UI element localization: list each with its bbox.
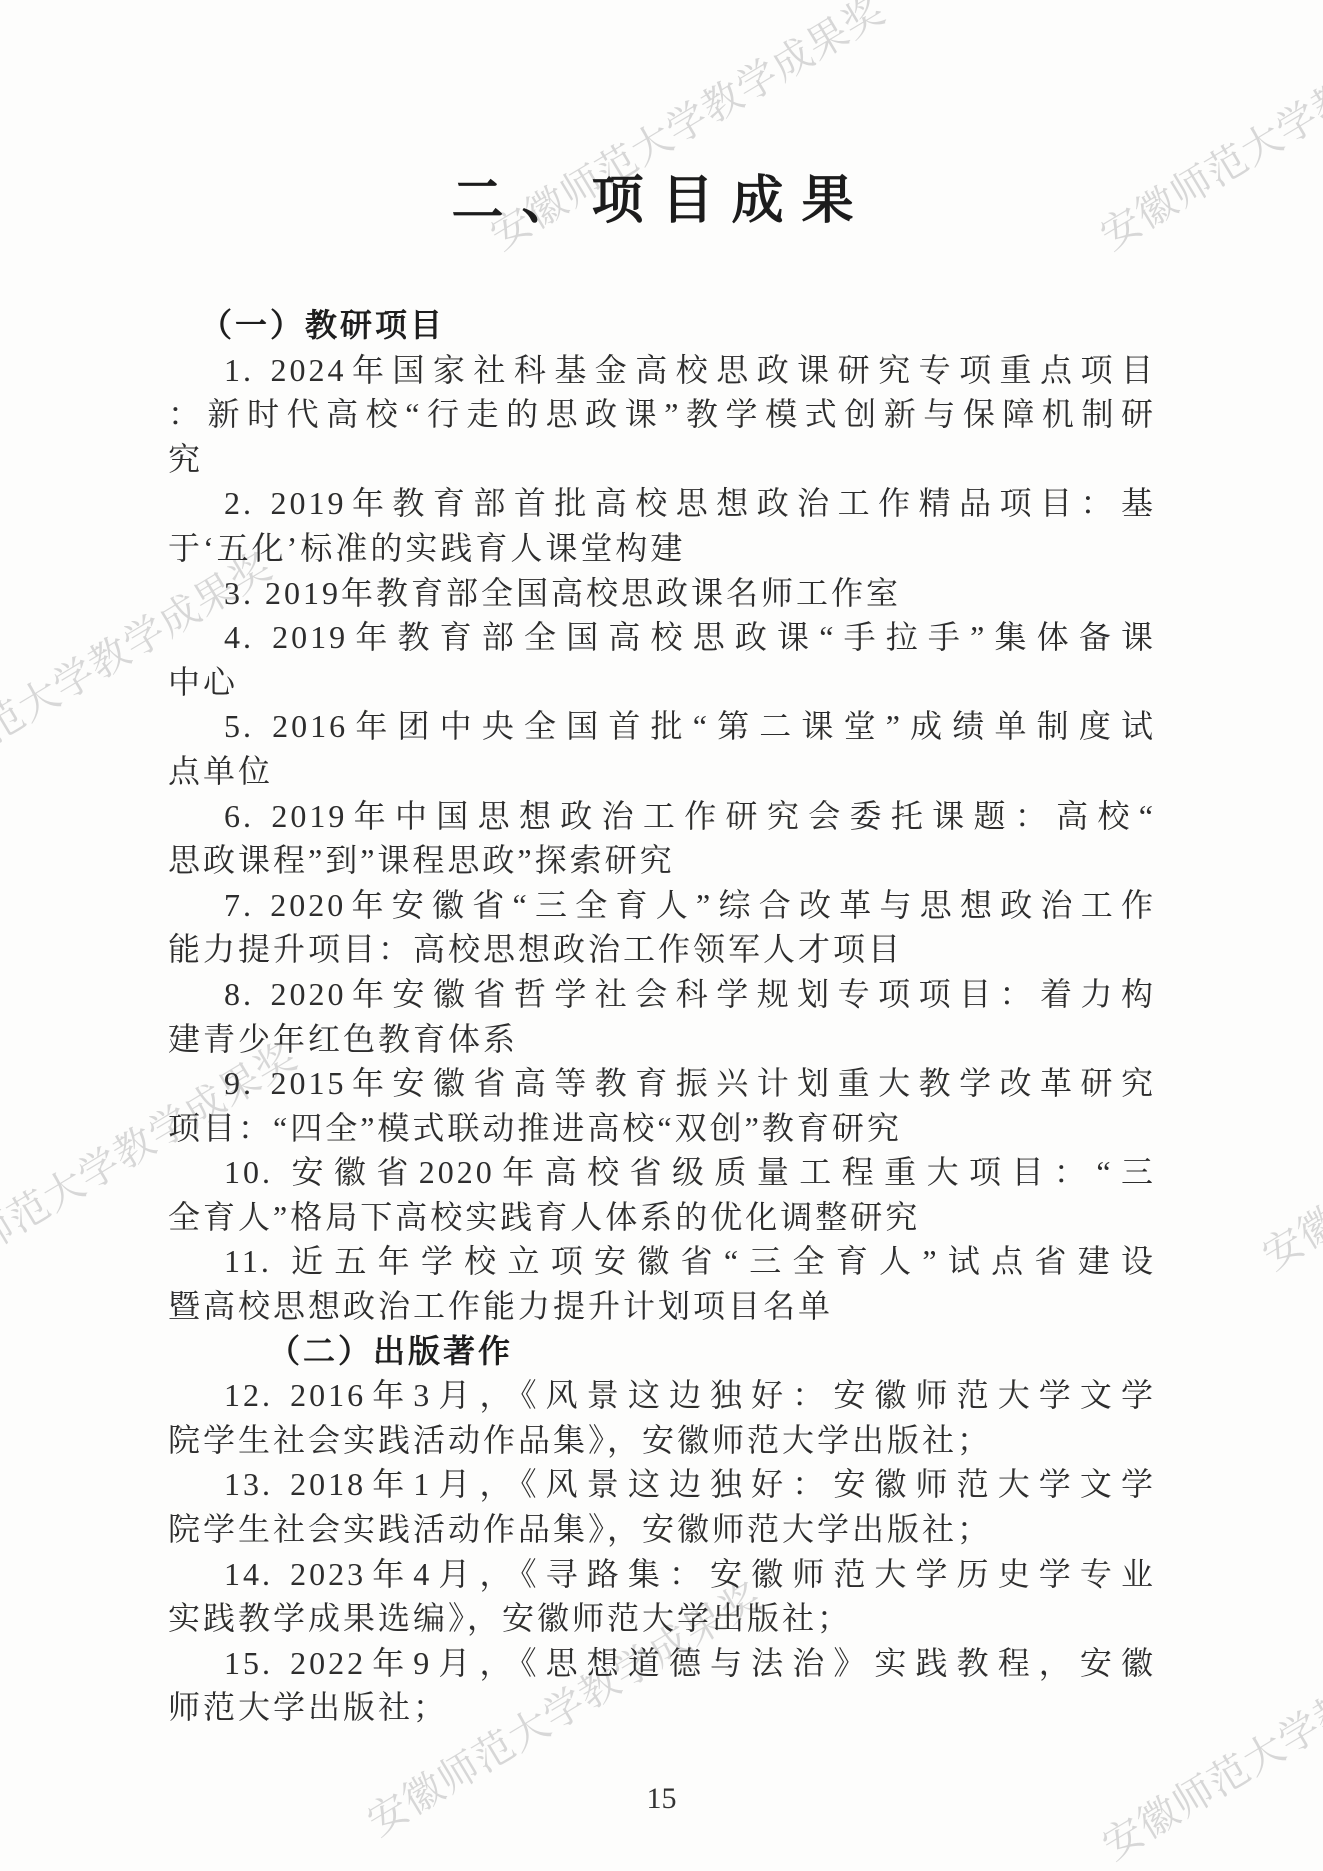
text-line: 2. 2019年教育部首批高校思想政治工作精品项目：基 (168, 481, 1156, 526)
text-line: （二）出版著作 (168, 1329, 1156, 1374)
text-line: 4. 2019年教育部全国高校思政课“手拉手”集体备课 (168, 615, 1156, 660)
text-line: 6. 2019年中国思想政治工作研究会委托课题：高校“ (168, 794, 1156, 839)
text-line: 点单位 (168, 749, 1156, 794)
text-line: 院学生社会实践活动作品集》，安徽师范大学出版社； (168, 1507, 1156, 1552)
text-line: 师范大学出版社； (168, 1685, 1156, 1730)
text-line: 13. 2018年1月，《风景这边独好：安徽师范大学文学 (168, 1462, 1156, 1507)
page-title: 二、项目成果 (0, 158, 1323, 233)
text-line: 3. 2019年教育部全国高校思政课名师工作室 (168, 571, 1156, 616)
text-line: （一）教研项目 (168, 303, 1156, 348)
text-line: 暨高校思想政治工作能力提升计划项目名单 (168, 1284, 1156, 1329)
text-line: 9. 2015年安徽省高等教育振兴计划重大教学改革研究 (168, 1061, 1156, 1106)
text-line: 5. 2016年团中央全国首批“第二课堂”成绩单制度试 (168, 704, 1156, 749)
text-line: 思政课程”到”课程思政”探索研究 (168, 838, 1156, 883)
text-line: 院学生社会实践活动作品集》，安徽师范大学出版社； (168, 1418, 1156, 1463)
text-line: 实践教学成果选编》，安徽师范大学出版社； (168, 1596, 1156, 1641)
text-line: 8. 2020年安徽省哲学社会科学规划专项项目：着力构 (168, 972, 1156, 1017)
page-number: 15 (0, 1782, 1323, 1816)
text-line: 于‘五化’标准的实践育人课堂构建 (168, 526, 1156, 571)
text-line: 12. 2016年3月，《风景这边独好：安徽师范大学文学 (168, 1373, 1156, 1418)
text-line: 15. 2022年9月，《思想道德与法治》实践教程，安徽 (168, 1641, 1156, 1686)
text-line: 能力提升项目：高校思想政治工作领军人才项目 (168, 927, 1156, 972)
text-line: 中心 (168, 660, 1156, 705)
text-line: ：新时代高校“行走的思政课”教学模式创新与保障机制研 (168, 392, 1156, 437)
text-line: 14. 2023年4月，《寻路集：安徽师范大学历史学专业 (168, 1552, 1156, 1597)
text-line: 项目：“四全”模式联动推进高校“双创”教育研究 (168, 1106, 1156, 1151)
text-line: 1. 2024年国家社科基金高校思政课研究专项重点项目 (168, 348, 1156, 393)
text-line: 10. 安徽省2020年高校省级质量工程重大项目：“三 (168, 1150, 1156, 1195)
document-page: 安徽师范大学教学成果奖 安徽师范大学教学成果奖 安徽师范大学教学成果奖 安徽师范… (0, 0, 1323, 1871)
text-line: 7. 2020年安徽省“三全育人”综合改革与思想政治工作 (168, 883, 1156, 928)
document-body: （一）教研项目1. 2024年国家社科基金高校思政课研究专项重点项目：新时代高校… (168, 303, 1156, 1730)
watermark-text: 安徽师范大学教学成果奖 (1250, 1000, 1323, 1281)
text-line: 究 (168, 437, 1156, 482)
text-line: 11. 近五年学校立项安徽省“三全育人”试点省建设 (168, 1239, 1156, 1284)
text-line: 建青少年红色教育体系 (168, 1017, 1156, 1062)
text-line: 全育人”格局下高校实践育人体系的优化调整研究 (168, 1195, 1156, 1240)
